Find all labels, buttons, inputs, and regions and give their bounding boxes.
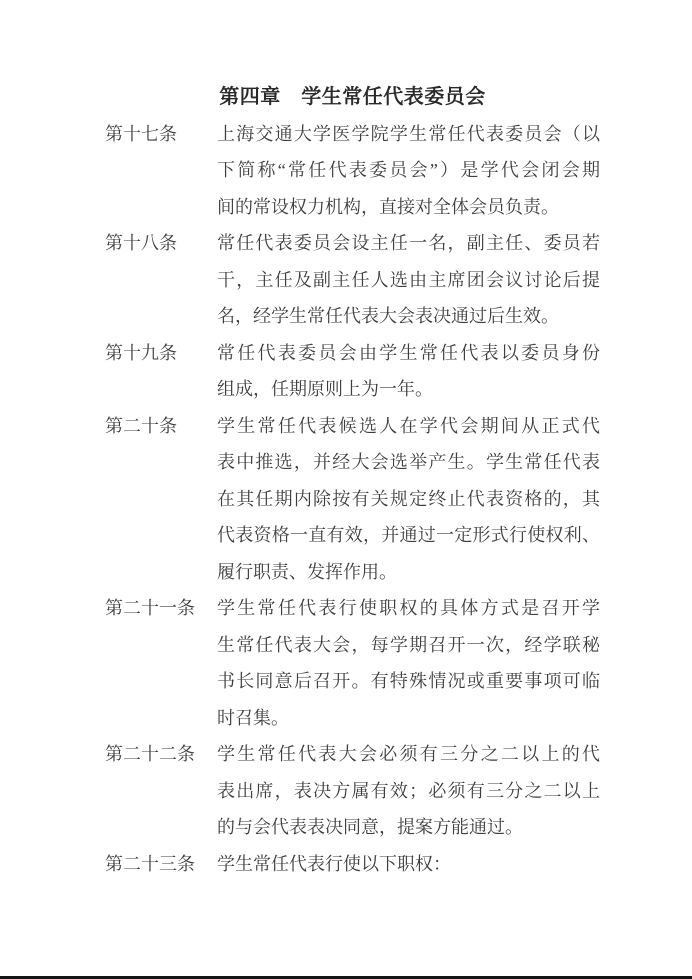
article-text: 常任代表委员会设主任一名，副主任、委员若干，主任及副主任人选由主席团会议讨论后提… — [217, 225, 600, 335]
article-text: 学生常任代表大会必须有三分之二以上的代表出席，表决方属有效；必须有三分之二以上的… — [217, 736, 600, 846]
text-line: 时召集。 — [217, 700, 600, 737]
article-text: 学生常任代表行使以下职权： — [217, 846, 600, 883]
article-number: 第十七条 — [105, 116, 217, 153]
text-line: 干，主任及副主任人选由主席团会议讨论后提 — [217, 262, 600, 299]
text-line: 生常任代表大会，每学期召开一次，经学联秘 — [217, 627, 600, 664]
article-text: 学生常任代表行使职权的具体方式是召开学生常任代表大会，每学期召开一次，经学联秘书… — [217, 590, 600, 736]
text-line: 学生常任代表大会必须有三分之二以上的代 — [217, 736, 600, 773]
article-text: 上海交通大学医学院学生常任代表委员会（以下简称“常任代表委员会”）是学代会闭会期… — [217, 116, 600, 226]
text-line: 名，经学生常任代表大会表决通过后生效。 — [217, 298, 600, 335]
text-line: 履行职责、发挥作用。 — [217, 554, 600, 591]
article-row: 第十七条 上海交通大学医学院学生常任代表委员会（以下简称“常任代表委员会”）是学… — [105, 116, 600, 226]
article-text: 学生常任代表候选人在学代会期间从正式代表中推选，并经大会选举产生。学生常任代表在… — [217, 408, 600, 591]
text-line: 常任代表委员会由学生常任代表以委员身份 — [217, 335, 600, 372]
article-number: 第二十三条 — [105, 846, 217, 883]
article-text: 常任代表委员会由学生常任代表以委员身份组成，任期原则上为一年。 — [217, 335, 600, 408]
text-line: 代表资格一直有效，并通过一定形式行使权利、 — [217, 517, 600, 554]
article-row: 第二十条 学生常任代表候选人在学代会期间从正式代表中推选，并经大会选举产生。学生… — [105, 408, 600, 591]
article-number: 第二十二条 — [105, 736, 217, 773]
text-line: 学生常任代表候选人在学代会期间从正式代 — [217, 408, 600, 445]
text-line: 组成，任期原则上为一年。 — [217, 371, 600, 408]
document-page: 第四章 学生常任代表委员会 第十七条 上海交通大学医学院学生常任代表委员会（以下… — [0, 0, 692, 979]
article-row: 第十八条 常任代表委员会设主任一名，副主任、委员若干，主任及副主任人选由主席团会… — [105, 225, 600, 335]
article-row: 第二十一条 学生常任代表行使职权的具体方式是召开学生常任代表大会，每学期召开一次… — [105, 590, 600, 736]
article-row: 第二十二条 学生常任代表大会必须有三分之二以上的代表出席，表决方属有效；必须有三… — [105, 736, 600, 846]
text-line: 的与会代表表决同意，提案方能通过。 — [217, 809, 600, 846]
text-line: 书长同意后召开。有特殊情况或重要事项可临 — [217, 663, 600, 700]
text-line: 表出席，表决方属有效；必须有三分之二以上 — [217, 773, 600, 810]
document-content: 第四章 学生常任代表委员会 第十七条 上海交通大学医学院学生常任代表委员会（以下… — [105, 79, 600, 882]
text-line: 上海交通大学医学院学生常任代表委员会（以 — [217, 116, 600, 153]
article-number: 第二十条 — [105, 408, 217, 445]
text-line: 间的常设权力机构，直接对全体会员负责。 — [217, 189, 600, 226]
text-line: 表中推选，并经大会选举产生。学生常任代表 — [217, 444, 600, 481]
article-number: 第十九条 — [105, 335, 217, 372]
text-line: 学生常任代表行使以下职权： — [217, 846, 600, 883]
article-row: 第十九条 常任代表委员会由学生常任代表以委员身份组成，任期原则上为一年。 — [105, 335, 600, 408]
text-line: 在其任期内除按有关规定终止代表资格的，其 — [217, 481, 600, 518]
text-line: 下简称“常任代表委员会”）是学代会闭会期 — [217, 152, 600, 189]
article-number: 第二十一条 — [105, 590, 217, 627]
text-line: 常任代表委员会设主任一名，副主任、委员若 — [217, 225, 600, 262]
text-line: 学生常任代表行使职权的具体方式是召开学 — [217, 590, 600, 627]
chapter-title: 第四章 学生常任代表委员会 — [105, 79, 600, 116]
article-row: 第二十三条 学生常任代表行使以下职权： — [105, 846, 600, 883]
article-number: 第十八条 — [105, 225, 217, 262]
